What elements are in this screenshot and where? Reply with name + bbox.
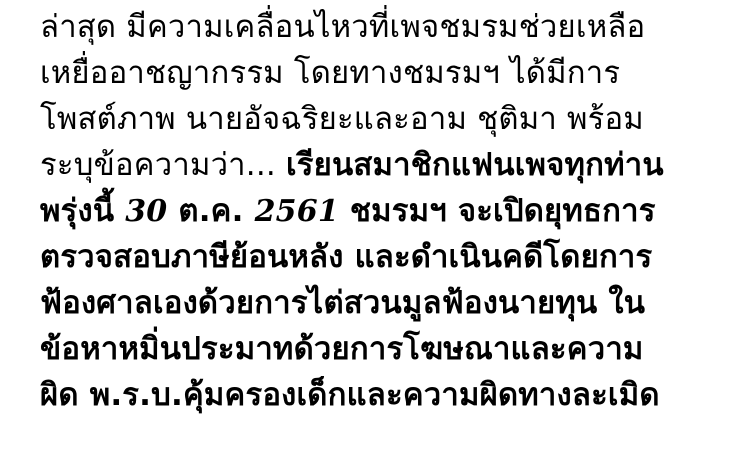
- text-line-7: ฟ้องศาลเองด้วยการไต่สวนมูลฟ้องนายทุน ใน: [40, 280, 740, 326]
- text-line-3: โพสต์ภาพ นายอัจฉริยะและอาม ชุติมา พร้อม: [40, 96, 740, 142]
- text-line-9: ผิด พ.ร.บ.คุ้มครองเด็กและความผิดทางละเมิ…: [40, 372, 740, 418]
- text-segment: ชมรมฯ จะเปิดยุทธการ: [339, 193, 656, 229]
- text-segment: ผิด พ.ร.บ.คุ้มครองเด็กและความผิดทางละเมิ…: [40, 377, 660, 413]
- text-line-5: พรุ่งนี้ 30 ต.ค. 2561 ชมรมฯ จะเปิดยุทธกา…: [40, 188, 740, 234]
- text-line-4: ระบุข้อความว่า... เรียนสมาชิกแฟนเพจทุกท่…: [40, 142, 740, 188]
- text-segment: ต.ค.: [167, 193, 254, 229]
- text-segment: เหยื่ออาชญากรรม โดยทางชมรมฯ ได้มีการ: [40, 55, 620, 91]
- article-body: ล่าสุด มีความเคลื่อนไหวที่เพจชมรมช่วยเหล…: [40, 4, 740, 418]
- text-line-6: ตรวจสอบภาษีย้อนหลัง และดำเนินคดีโดยการ: [40, 234, 740, 280]
- date-day-number: 30: [125, 194, 167, 229]
- text-segment: ข้อหาหมิ่นประมาทด้วยการโฆษณาและความ: [40, 331, 644, 367]
- text-segment: โพสต์ภาพ นายอัจฉริยะและอาม ชุติมา พร้อม: [40, 101, 644, 137]
- text-segment: ล่าสุด มีความเคลื่อนไหวที่เพจชมรมช่วยเหล…: [40, 9, 645, 45]
- text-line-1: ล่าสุด มีความเคลื่อนไหวที่เพจชมรมช่วยเหล…: [40, 4, 740, 50]
- text-segment: พรุ่งนี้: [40, 193, 125, 229]
- text-segment: ระบุข้อความว่า...: [40, 147, 286, 183]
- date-year-number: 2561: [255, 194, 339, 229]
- quote-start-bold: เรียนสมาชิกแฟนเพจทุกท่าน: [286, 147, 664, 183]
- text-segment: ฟ้องศาลเองด้วยการไต่สวนมูลฟ้องนายทุน ใน: [40, 285, 645, 321]
- text-segment: ตรวจสอบภาษีย้อนหลัง และดำเนินคดีโดยการ: [40, 239, 652, 275]
- text-line-2: เหยื่ออาชญากรรม โดยทางชมรมฯ ได้มีการ: [40, 50, 740, 96]
- text-line-8: ข้อหาหมิ่นประมาทด้วยการโฆษณาและความ: [40, 326, 740, 372]
